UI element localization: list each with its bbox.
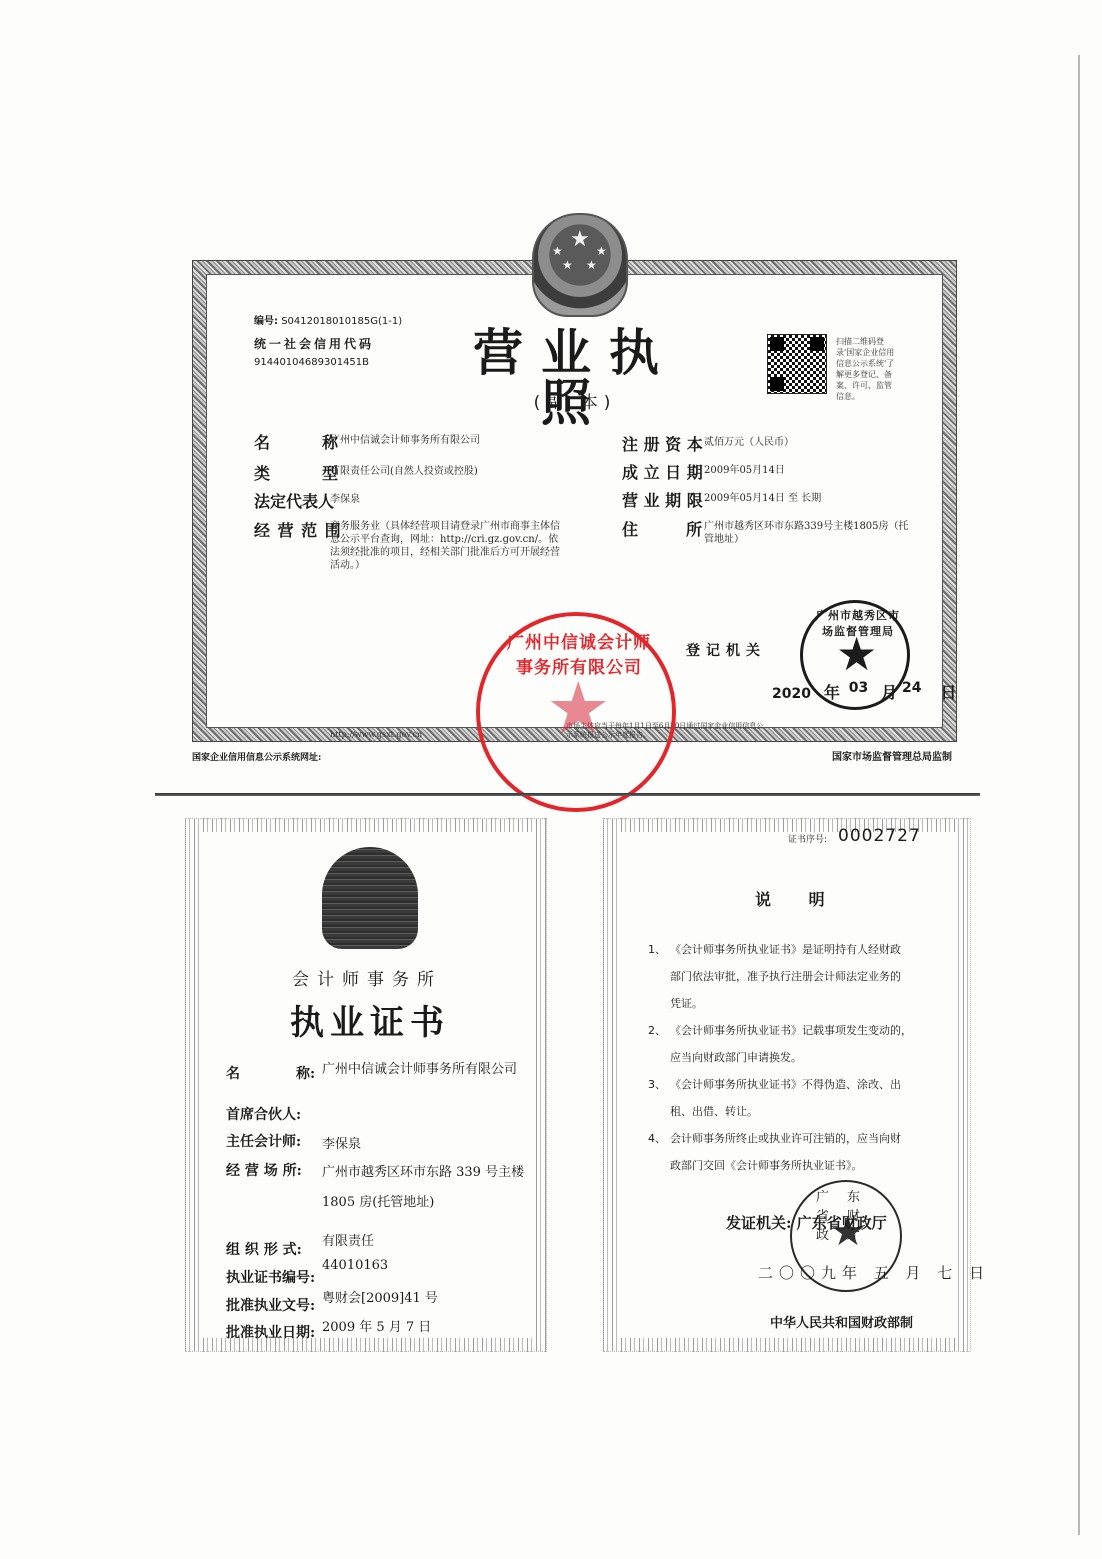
star-icon: ★	[836, 631, 877, 677]
field-value-established: 2009年05月14日	[704, 464, 785, 477]
certificate-emblem-icon	[322, 847, 418, 949]
cert-label-premises: 经 营 场 所:	[226, 1160, 302, 1180]
note-line: 部门依法审批，准予执行注册会计师法定业务的	[670, 970, 901, 983]
note-line: 凭证。	[670, 997, 703, 1010]
field-label-scope: 经 营 范 围	[254, 518, 342, 541]
note-item: 1、《会计师事务所执业证书》是证明持有人经财政 部门依法审批，准予执行注册会计师…	[648, 936, 938, 1017]
note-number: 2、	[648, 1017, 670, 1044]
cert-label-org-form: 组 织 形 式:	[226, 1239, 302, 1259]
field-value-name: 广州中信诚会计师事务所有限公司	[330, 434, 480, 447]
note-item: 3、《会计师事务所执业证书》不得伪造、涂改、出 租、出借、转让。	[648, 1071, 938, 1125]
cert-value-org-form: 有限责任	[322, 1230, 374, 1249]
cert-value-premises-line2: 1805 房(托管地址)	[322, 1191, 434, 1210]
field-label-capital: 注 册 资 本	[622, 432, 703, 455]
national-emblem-icon: ★ ★ ★ ★ ★	[532, 213, 628, 317]
license-title: 营业执照	[440, 328, 710, 428]
field-value-address: 广州市越秀区环市东路339号主楼1805房（托管地址）	[704, 520, 914, 546]
qr-code-icon[interactable]	[767, 334, 827, 394]
issue-date: 二〇〇九年 五 月 七 日	[758, 1262, 990, 1283]
company-red-seal: 广州中信诚会计师事务所有限公司 ★	[476, 612, 676, 812]
cert-value-premises: 广州市越秀区环市东路 339 号主楼	[322, 1161, 524, 1180]
cert-serial-number: 0002727	[838, 826, 921, 846]
reg-day: 24	[902, 680, 921, 696]
registration-authority-label: 登记机关	[686, 640, 766, 660]
field-value-scope: 商务服务业（具体经营项目请登录广州市商事主体信息公示平台查询，网址：http:/…	[330, 520, 562, 572]
cert-label-chief-partner: 首席合伙人:	[226, 1104, 301, 1124]
credit-code: 91440104689301451B	[254, 357, 369, 368]
cert-label-approval-doc: 批准执业文号:	[226, 1295, 315, 1315]
cert-label-director: 主任会计师:	[226, 1131, 301, 1151]
field-value-legal-rep: 李保泉	[330, 493, 360, 506]
page-edge-line	[1078, 55, 1080, 1535]
license-subtitle: (副 本)	[520, 388, 630, 413]
field-label-type: 类 型	[254, 461, 339, 484]
cert-value-approval-date: 2009 年 5 月 7 日	[322, 1316, 431, 1335]
made-by: 中华人民共和国财政部制	[770, 1312, 913, 1331]
certificate-title: 执业证书	[270, 995, 470, 1044]
serial-number: S0412018010185G(1-1)	[281, 316, 402, 327]
field-label-term: 营 业 期 限	[622, 488, 703, 511]
reg-year: 2020	[772, 686, 811, 702]
cert-label-cert-no: 执业证书编号:	[226, 1267, 315, 1287]
license-footer-right: 国家市场监督管理总局监制	[832, 748, 952, 763]
reg-day-unit: 日	[940, 680, 956, 703]
note-line: 政部门交回《会计师事务所执业证书》。	[670, 1159, 863, 1172]
note-line: 应当向财政部门申请换发。	[670, 1051, 802, 1064]
note-line: 《会计师事务所执业证书》是证明持有人经财政	[670, 943, 901, 956]
field-value-term: 2009年05月14日 至 长期	[704, 492, 821, 505]
note-line: 《会计师事务所执业证书》不得伪造、涂改、出	[670, 1078, 901, 1091]
notes-list: 1、《会计师事务所执业证书》是证明持有人经财政 部门依法审批，准予执行注册会计师…	[648, 936, 938, 1179]
field-label-address: 住 所	[622, 517, 702, 540]
cert-value-name: 广州中信诚会计师事务所有限公司	[322, 1058, 517, 1077]
star-icon: ★	[546, 672, 611, 744]
issuing-authority: 发证机关: 广东省财政厅	[726, 1212, 887, 1233]
note-line: 租、出借、转让。	[670, 1105, 758, 1118]
certificate-subtitle: 会计师事务所	[282, 965, 452, 990]
field-label-legal-rep: 法定代表人	[254, 489, 334, 512]
cert-value-approval-doc: 粤财会[2009]41 号	[322, 1287, 438, 1306]
notes-title: 说 明	[755, 887, 841, 910]
license-url: http://www.gsxt.gov.cn	[330, 730, 422, 739]
note-number: 4、	[648, 1125, 670, 1152]
license-serial: 编号: S0412018010185G(1-1)	[254, 312, 402, 327]
credit-code-label: 统一社会信用代码	[254, 335, 374, 352]
cert-label-approval-date: 批准执业日期:	[226, 1322, 315, 1342]
license-footer-left: 国家企业信用信息公示系统网址:	[192, 750, 321, 763]
note-number: 3、	[648, 1071, 670, 1098]
page-divider	[155, 793, 980, 796]
serial-label: 编号:	[254, 316, 278, 327]
note-line: 会计师事务所终止或执业许可注销的，应当向财	[670, 1132, 901, 1145]
field-label-established: 成 立 日 期	[622, 460, 703, 483]
cert-label-name: 名 称:	[226, 1063, 315, 1083]
field-label-name: 名 称	[254, 430, 339, 453]
cert-value-cert-no: 44010163	[322, 1258, 388, 1273]
note-item: 2、《会计师事务所执业证书》记载事项发生变动的， 应当向财政部门申请换发。	[648, 1017, 938, 1071]
field-value-type: 有限责任公司(自然人投资或控股)	[330, 465, 478, 478]
qr-note: 扫描二维码登录'国家企业信用信息公示系统'了解更多登记、备案、许可、监管信息。	[836, 336, 898, 402]
authority-seal: 广州市越秀区市场监督管理局 ★	[800, 600, 910, 710]
cert-value-director: 李保泉	[322, 1133, 361, 1152]
field-value-capital: 贰佰万元（人民币）	[704, 436, 794, 449]
note-item: 4、会计师事务所终止或执业许可注销的，应当向财 政部门交回《会计师事务所执业证书…	[648, 1125, 938, 1179]
note-number: 1、	[648, 936, 670, 963]
cert-serial-label: 证书序号:	[788, 832, 827, 845]
note-line: 《会计师事务所执业证书》记载事项发生变动的，	[670, 1024, 912, 1037]
